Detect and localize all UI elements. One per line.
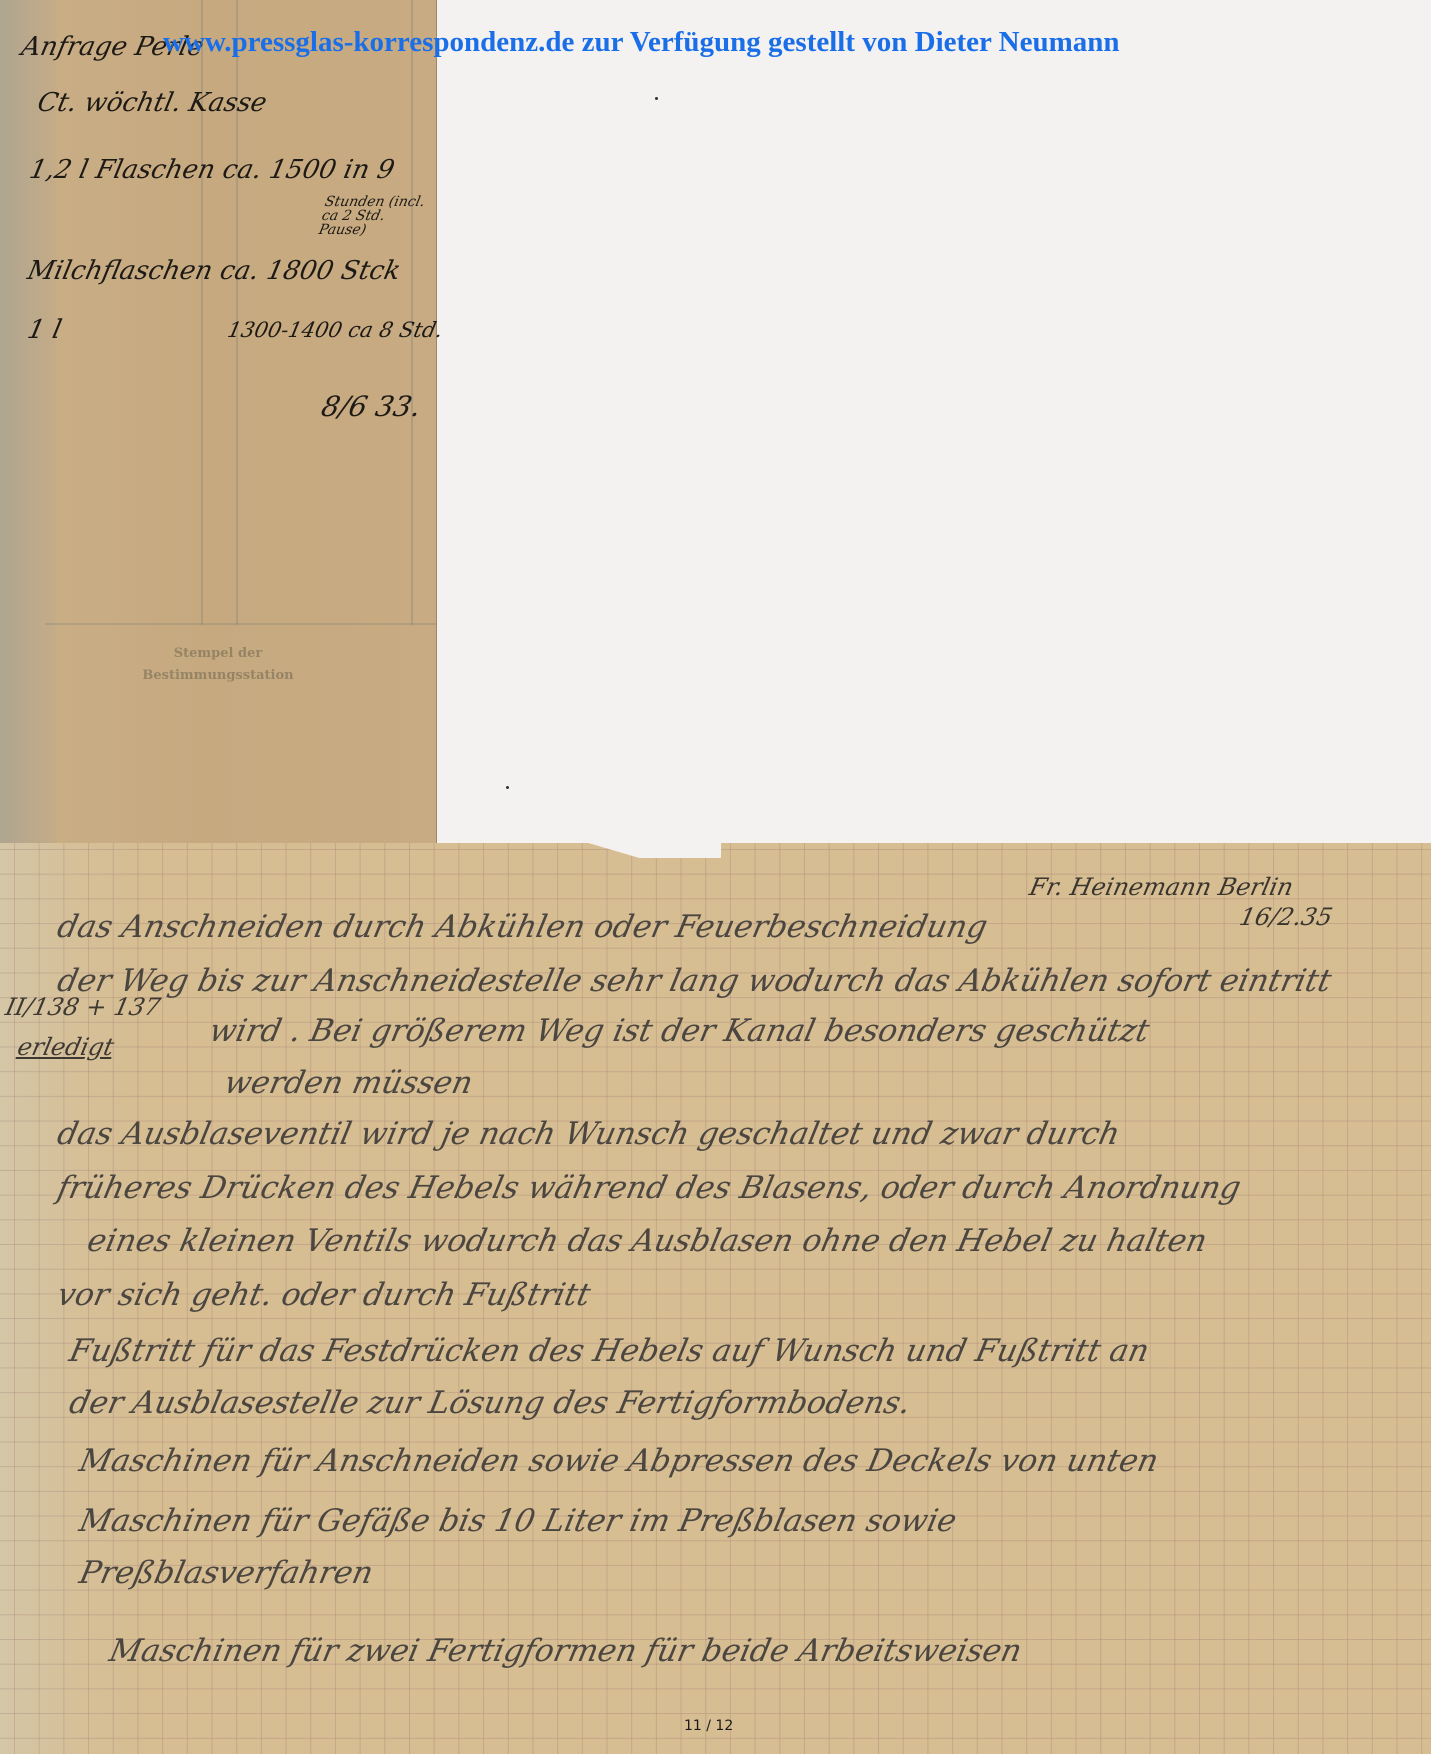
slip-rule-line	[411, 0, 413, 625]
dust-speck	[655, 97, 658, 100]
handwriting-line: das Ausblaseventil wird je nach Wunsch g…	[54, 1116, 1123, 1152]
handwriting-line: das Anschneiden durch Abkühlen oder Feue…	[54, 909, 990, 945]
handwriting-line: früheres Drücken des Hebels während des …	[54, 1170, 1244, 1206]
handwriting-line: der Ausblasestelle zur Lösung des Fertig…	[66, 1385, 914, 1421]
slip-rule-line	[45, 623, 436, 625]
handwriting-line: vor sich geht. oder durch Fußtritt	[54, 1277, 593, 1313]
stamp-line: Stempel der	[98, 643, 338, 665]
handwriting-line: Maschinen für zwei Fertigformen für beid…	[106, 1633, 1025, 1669]
stamp-line: Bestimmungsstation	[98, 665, 338, 687]
slip-handwriting-line: Ct. wöchtl. Kasse	[35, 88, 270, 118]
dust-speck	[506, 786, 509, 789]
handwriting-line: Fußtritt für das Festdrücken des Hebels …	[66, 1333, 1152, 1369]
handwriting-line: Maschinen für Anschneiden sowie Abpresse…	[76, 1443, 1162, 1479]
receipt-slip: Anfrage Perle Ct. wöchtl. Kasse 1,2 l Fl…	[0, 0, 436, 846]
letter-date: 16/2.35	[1237, 903, 1335, 931]
handwriting-line: Preßblasverfahren	[76, 1555, 376, 1591]
slip-handwriting-line: 1 l	[25, 315, 65, 345]
slip-printed-stamp-area: Stempel der Bestimmungsstation	[98, 643, 338, 687]
slip-handwriting-line: Milchflaschen ca. 1800 Stck	[25, 256, 403, 286]
sender-signature: Fr. Heinemann Berlin	[1027, 873, 1296, 901]
handwriting-line: eines kleinen Ventils wodurch das Ausbla…	[84, 1223, 1210, 1259]
handwriting-line: werden müssen	[221, 1065, 476, 1101]
website-watermark: www.pressglas-korrespondenz.de zur Verfü…	[163, 24, 1283, 60]
handwriting-line: der Weg bis zur Anschneidestelle sehr la…	[54, 963, 1334, 999]
page-indicator: 11 / 12	[684, 1718, 733, 1734]
grid-paper-sheet: Fr. Heinemann Berlin 16/2.35 II/138 + 13…	[0, 843, 1431, 1754]
slip-handwriting-line: 1300-1400 ca 8 Std.	[225, 318, 445, 342]
handwriting-line: Maschinen für Gefäße bis 10 Liter im Pre…	[76, 1503, 960, 1539]
slip-handwriting-line: 1,2 l Flaschen ca. 1500 in 9	[27, 155, 397, 185]
slip-date: 8/6 33.	[318, 390, 424, 423]
handwriting-line: wird . Bei größerem Weg ist der Kanal be…	[206, 1013, 1152, 1049]
slip-handwriting-note: Stunden (incl. ca 2 Std. Pause)	[318, 195, 437, 237]
torn-edge-notch	[585, 842, 721, 858]
margin-status-note: erledigt	[15, 1033, 117, 1061]
